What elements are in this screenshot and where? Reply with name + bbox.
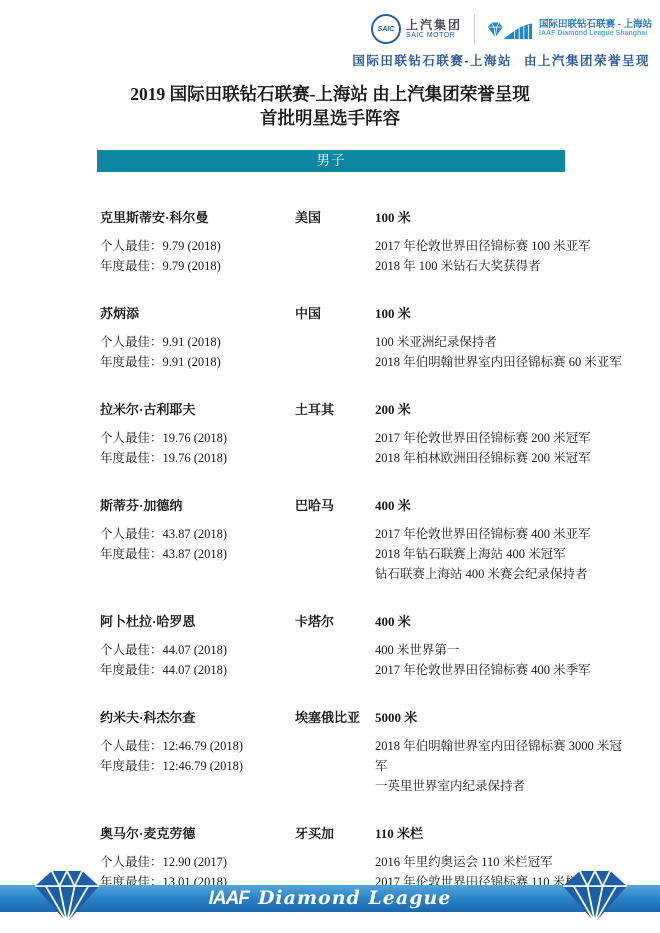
season-best-line: 年度最佳：9.91 (2018) [100,352,375,372]
achievement-line: 一英里世界室内纪录保持者 [375,776,630,796]
pb-value: 44.07 (2018) [163,643,228,657]
athlete-achievements: 2018 年伯明翰世界室内田径锦标赛 3000 米冠军 一英里世界室内纪录保持者 [375,736,630,796]
title-line1: 2019 国际田联钻石联赛-上海站 由上汽集团荣誉呈现 [0,82,660,106]
athlete-country: 巴哈马 [295,497,375,515]
athlete-list: 克里斯蒂安·科尔曼 美国 100 米 个人最佳：9.79 (2018) 年度最佳… [0,209,660,892]
sb-value: 43.87 (2018) [163,547,228,561]
header-logo-row: SAIC 上汽集团 SAIC MOTOR 国际田联钻石联赛 - 上海站 IAAF… [0,0,660,44]
saic-name-cn: 上汽集团 [406,19,462,32]
athlete-name: 苏炳添 [100,305,295,323]
athlete-achievements: 2017 年伦敦世界田径锦标赛 100 米亚军 2018 年 100 米钻石大奖… [375,236,630,276]
tagline-right: 由上汽集团荣誉呈现 [524,54,650,68]
athlete-block-kejelcha: 约米夫·科杰尔查 埃塞俄比亚 5000 米 个人最佳：12:46.79 (201… [100,709,630,796]
sb-value: 44.07 (2018) [163,663,228,677]
athlete-block-gardiner: 斯蒂芬·加德纳 巴哈马 400 米 个人最佳：43.87 (2018) 年度最佳… [100,497,630,584]
achievement-line: 2018 年柏林欧洲田径锦标赛 200 米冠军 [375,448,630,468]
pb-label: 个人最佳： [100,739,163,753]
achievement-line: 2018 年伯明翰世界室内田径锦标赛 3000 米冠军 [375,736,630,776]
athlete-event: 100 米 [375,209,630,227]
athlete-body: 个人最佳：9.79 (2018) 年度最佳：9.79 (2018) 2017 年… [100,236,630,276]
saic-badge-text: SAIC [378,26,395,33]
diamond-league-logo-text: 国际田联钻石联赛 - 上海站 IAAF Diamond League Shang… [539,20,652,39]
pb-value: 43.87 (2018) [163,527,228,541]
pb-label: 个人最佳： [100,239,163,253]
athlete-name: 阿卜杜拉·哈罗恩 [100,613,295,631]
sb-label: 年度最佳： [100,663,163,677]
athlete-stats: 个人最佳：43.87 (2018) 年度最佳：43.87 (2018) [100,524,375,584]
athlete-country: 美国 [295,209,375,227]
athlete-country: 中国 [295,305,375,323]
pb-label: 个人最佳： [100,643,163,657]
pb-value: 9.91 (2018) [163,335,221,349]
personal-best-line: 个人最佳：19.76 (2018) [100,428,375,448]
achievement-line: 2017 年伦敦世界田径锦标赛 400 米亚军 [375,524,630,544]
athlete-name: 克里斯蒂安·科尔曼 [100,209,295,227]
sb-label: 年度最佳： [100,355,163,369]
personal-best-line: 个人最佳：12:46.79 (2018) [100,736,375,756]
athlete-name: 奥马尔·麦克劳德 [100,825,295,843]
athlete-event: 200 米 [375,401,630,419]
pb-label: 个人最佳： [100,527,163,541]
diamond-league-script: Diamond League [258,887,451,909]
athlete-stats: 个人最佳：12:46.79 (2018) 年度最佳：12:46.79 (2018… [100,736,375,796]
athlete-event: 400 米 [375,613,630,631]
pb-label: 个人最佳： [100,335,163,349]
athlete-head: 斯蒂芬·加德纳 巴哈马 400 米 [100,497,630,515]
achievement-line: 400 米世界第一 [375,640,630,660]
athlete-block-coleman: 克里斯蒂安·科尔曼 美国 100 米 个人最佳：9.79 (2018) 年度最佳… [100,209,630,276]
achievement-line: 2017 年伦敦世界田径锦标赛 100 米亚军 [375,236,630,256]
sb-value: 9.91 (2018) [163,355,221,369]
season-best-line: 年度最佳：44.07 (2018) [100,660,375,680]
personal-best-line: 个人最佳：44.07 (2018) [100,640,375,660]
header-tagline: 国际田联钻石联赛-上海站由上汽集团荣誉呈现 [0,44,660,69]
athlete-achievements: 100 米亚洲纪录保持者 2018 年伯明翰世界室内田径锦标赛 60 米亚军 [375,332,630,372]
achievement-line: 2018 年 100 米钻石大奖获得者 [375,256,630,276]
athlete-name: 斯蒂芬·加德纳 [100,497,295,515]
athlete-stats: 个人最佳：44.07 (2018) 年度最佳：44.07 (2018) [100,640,375,680]
athlete-head: 克里斯蒂安·科尔曼 美国 100 米 [100,209,630,227]
athlete-stats: 个人最佳：19.76 (2018) 年度最佳：19.76 (2018) [100,428,375,468]
athlete-event: 110 米栏 [375,825,630,843]
sb-label: 年度最佳： [100,759,163,773]
logo-divider [474,14,475,44]
personal-best-line: 个人最佳：43.87 (2018) [100,524,375,544]
athlete-head: 奥马尔·麦克劳德 牙买加 110 米栏 [100,825,630,843]
athlete-stats: 个人最佳：9.91 (2018) 年度最佳：9.91 (2018) [100,332,375,372]
achievement-line: 2017 年伦敦世界田径锦标赛 400 米季军 [375,660,630,680]
sb-value: 12:46.79 (2018) [163,759,244,773]
achievement-line: 2017 年伦敦世界田径锦标赛 200 米冠军 [375,428,630,448]
diamond-league-name-en: IAAF Diamond League Shanghai [539,30,652,38]
athlete-head: 阿卜杜拉·哈罗恩 卡塔尔 400 米 [100,613,630,631]
saic-logo-text: 上汽集团 SAIC MOTOR [406,19,462,39]
saic-badge-icon: SAIC [371,14,401,44]
athlete-block-guliyev: 拉米尔·古利耶夫 土耳其 200 米 个人最佳：19.76 (2018) 年度最… [100,401,630,468]
season-best-line: 年度最佳：19.76 (2018) [100,448,375,468]
athlete-head: 拉米尔·古利耶夫 土耳其 200 米 [100,401,630,419]
athlete-body: 个人最佳：9.91 (2018) 年度最佳：9.91 (2018) 100 米亚… [100,332,630,372]
athlete-event: 100 米 [375,305,630,323]
title-line2: 首批明星选手阵容 [0,106,660,130]
tagline-left: 国际田联钻石联赛-上海站 [352,54,512,68]
achievement-line: 钻石联赛上海站 400 米赛会纪录保持者 [375,564,630,584]
document-title: 2019 国际田联钻石联赛-上海站 由上汽集团荣誉呈现 首批明星选手阵容 [0,82,660,130]
sb-value: 9.79 (2018) [163,259,221,273]
pb-value: 12:46.79 (2018) [163,739,244,753]
pb-label: 个人最佳： [100,431,163,445]
diamond-icon [557,866,633,926]
iaaf-diamond-league-wordmark: IAAF Diamond League [209,887,452,910]
diamond-league-mark-icon [487,15,533,43]
pb-value: 12.90 (2017) [163,855,228,869]
sb-label: 年度最佳： [100,547,163,561]
iaaf-wordmark: IAAF [209,888,249,910]
athlete-country: 牙买加 [295,825,375,843]
season-best-line: 年度最佳：43.87 (2018) [100,544,375,564]
personal-best-line: 个人最佳：12.90 (2017) [100,852,375,872]
athlete-country: 土耳其 [295,401,375,419]
saic-name-en: SAIC MOTOR [406,32,462,39]
diamond-league-name-cn: 国际田联钻石联赛 - 上海站 [539,20,652,31]
diamond-league-logo: 国际田联钻石联赛 - 上海站 IAAF Diamond League Shang… [487,15,652,43]
athlete-stats: 个人最佳：9.79 (2018) 年度最佳：9.79 (2018) [100,236,375,276]
diamond-icon [29,866,105,926]
saic-logo: SAIC 上汽集团 SAIC MOTOR [371,14,462,44]
sb-label: 年度最佳： [100,451,163,465]
athlete-country: 卡塔尔 [295,613,375,631]
personal-best-line: 个人最佳：9.91 (2018) [100,332,375,352]
athlete-block-mcleod: 奥马尔·麦克劳德 牙买加 110 米栏 个人最佳：12.90 (2017) 年度… [100,825,630,892]
athlete-achievements: 2017 年伦敦世界田径锦标赛 200 米冠军 2018 年柏林欧洲田径锦标赛 … [375,428,630,468]
athlete-block-haroun: 阿卜杜拉·哈罗恩 卡塔尔 400 米 个人最佳：44.07 (2018) 年度最… [100,613,630,680]
athlete-head: 苏炳添 中国 100 米 [100,305,630,323]
athlete-achievements: 2017 年伦敦世界田径锦标赛 400 米亚军 2018 年钻石联赛上海站 40… [375,524,630,584]
athlete-achievements: 400 米世界第一 2017 年伦敦世界田径锦标赛 400 米季军 [375,640,630,680]
pb-value: 9.79 (2018) [163,239,221,253]
season-best-line: 年度最佳：12:46.79 (2018) [100,756,375,776]
athlete-event: 5000 米 [375,709,630,727]
sb-label: 年度最佳： [100,259,163,273]
athlete-body: 个人最佳：44.07 (2018) 年度最佳：44.07 (2018) 400 … [100,640,630,680]
athlete-body: 个人最佳：19.76 (2018) 年度最佳：19.76 (2018) 2017… [100,428,630,468]
achievement-line: 2018 年钻石联赛上海站 400 米冠军 [375,544,630,564]
achievement-line: 2018 年伯明翰世界室内田径锦标赛 60 米亚军 [375,352,630,372]
athlete-body: 个人最佳：43.87 (2018) 年度最佳：43.87 (2018) 2017… [100,524,630,584]
athlete-name: 约米夫·科杰尔查 [100,709,295,727]
athlete-event: 400 米 [375,497,630,515]
pb-label: 个人最佳： [100,855,163,869]
pb-value: 19.76 (2018) [163,431,228,445]
athlete-name: 拉米尔·古利耶夫 [100,401,295,419]
athlete-body: 个人最佳：12:46.79 (2018) 年度最佳：12:46.79 (2018… [100,736,630,796]
sb-value: 19.76 (2018) [163,451,228,465]
personal-best-line: 个人最佳：9.79 (2018) [100,236,375,256]
achievement-line: 100 米亚洲纪录保持者 [375,332,630,352]
athlete-block-su: 苏炳添 中国 100 米 个人最佳：9.91 (2018) 年度最佳：9.91 … [100,305,630,372]
document-page: SAIC 上汽集团 SAIC MOTOR 国际田联钻石联赛 - 上海站 IAAF… [0,0,660,933]
athlete-head: 约米夫·科杰尔查 埃塞俄比亚 5000 米 [100,709,630,727]
season-best-line: 年度最佳：9.79 (2018) [100,256,375,276]
section-header-men: 男子 [97,150,565,172]
athlete-country: 埃塞俄比亚 [295,709,375,727]
